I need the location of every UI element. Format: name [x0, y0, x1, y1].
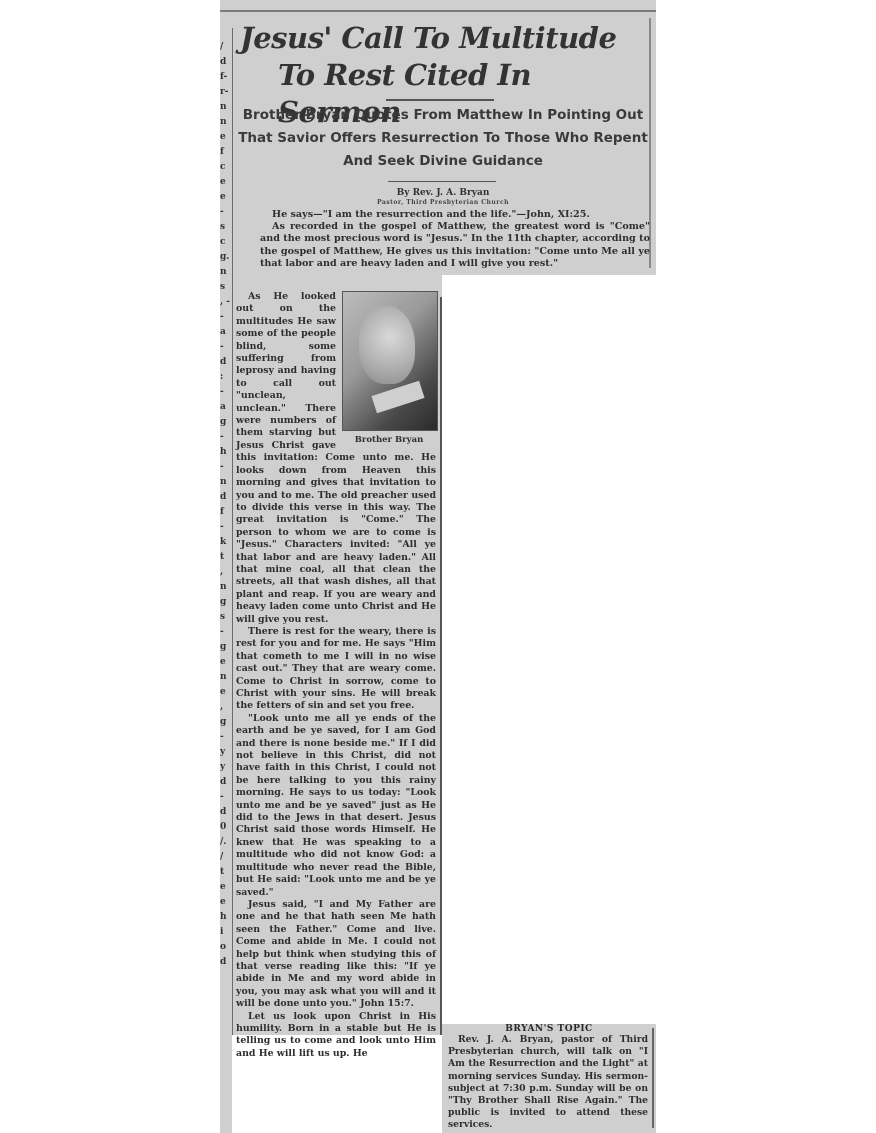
deck-divider — [388, 181, 496, 182]
body-paragraph: Jesus said, "I and My Father are one and… — [236, 899, 436, 1011]
headline-line-1: Jesus' Call To Multitude — [238, 20, 653, 57]
body-paragraph: There is rest for the weary, there is re… — [236, 626, 436, 713]
intro-paragraph: As recorded in the gospel of Matthew, th… — [260, 221, 650, 270]
left-margin-strip: / d f- r- n n e f c e e - s c g. n s , -… — [220, 20, 232, 1133]
portrait-image — [342, 291, 438, 431]
article-intro: He says—"I am the resurrection and the l… — [260, 209, 650, 270]
byline: By Rev. J. A. Bryan — [236, 188, 650, 198]
portrait-collar — [371, 381, 424, 414]
sidebar-body: Rev. J. A. Bryan, pastor of Third Presby… — [442, 1034, 656, 1132]
adjacent-column-fragments: / d f- r- n n e f c e e - s c g. n s , -… — [220, 40, 230, 1040]
subheadline-deck: Brother Bryan Quotes From Matthew In Poi… — [236, 104, 650, 173]
body-paragraph: Let us look upon Christ in His humility.… — [236, 1011, 436, 1061]
headline-divider — [386, 99, 494, 101]
top-rule — [220, 10, 656, 12]
column-rule-left — [232, 28, 233, 1035]
article-body-column: Brother Bryan As He looked out on the mu… — [220, 275, 442, 1035]
sidebar-rule — [652, 1028, 654, 1128]
byline-title: Pastor, Third Presbyterian Church — [236, 199, 650, 206]
photo-caption: Brother Bryan — [342, 434, 436, 446]
body-paragraph: "Look unto me all ye ends of the earth a… — [236, 713, 436, 899]
portrait-face — [359, 306, 415, 384]
column-rule-right — [440, 297, 442, 1035]
article-header-clipping: Jesus' Call To Multitude To Rest Cited I… — [220, 0, 656, 275]
intro-paragraph: He says—"I am the resurrection and the l… — [260, 209, 650, 221]
sidebar-title: BRYAN'S TOPIC — [442, 1024, 656, 1034]
portrait-photo: Brother Bryan — [342, 291, 436, 446]
sidebar-notice: BRYAN'S TOPIC Rev. J. A. Bryan, pastor o… — [442, 1024, 656, 1133]
sidebar-paragraph: Rev. J. A. Bryan, pastor of Third Presby… — [448, 1034, 648, 1132]
article-body: Brother Bryan As He looked out on the mu… — [236, 291, 436, 1060]
